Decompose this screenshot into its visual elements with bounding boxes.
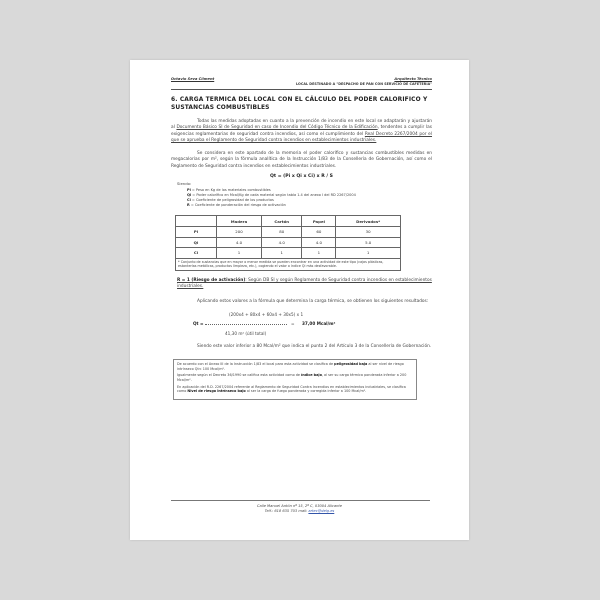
table-row: Pi 200 80 60 30: [176, 227, 401, 238]
calc-result: 37,00 Mcal/m²: [302, 321, 335, 326]
fraction-line: [205, 321, 287, 325]
paragraph-conclusion: Siendo este valor inferior a 80 Mcal/m² …: [171, 344, 432, 350]
table-cell: 1: [302, 248, 336, 259]
table-cell: 30: [336, 227, 401, 238]
row-label: Ci: [176, 248, 217, 259]
column-header: Madera: [217, 216, 262, 227]
table-row: Ci 1 1 1 1: [176, 248, 401, 259]
db-si-reference: Documento Básico SI de Seguridad en caso…: [176, 125, 377, 130]
paragraph-apply: Aplicando estos valores a la fórmula que…: [171, 299, 432, 305]
table-cell: 1: [262, 248, 302, 259]
header-role: Arquitecto Técnico: [394, 77, 432, 81]
table-row: Qi 4.0 4.0 4.0 5.0: [176, 237, 401, 248]
siendo-label: Siendo:: [177, 181, 432, 186]
classification-decreto: Igualmente según el Decreto 36/1990 se c…: [177, 373, 413, 382]
page-content: Octavio Seva Climent Arquitecto Técnico …: [171, 77, 432, 400]
footer-email-link[interactable]: artec@delg.es: [308, 509, 334, 513]
table-note-row: * Conjunto de sustancias que en mayor o …: [176, 258, 401, 270]
section-title: 6. CARGA TERMICA DEL LOCAL CON EL CÁLCUL…: [171, 96, 432, 112]
row-label: Qi: [176, 237, 217, 248]
calc-denominator: 41,30 m² (útil total): [225, 331, 266, 336]
activation-risk-label: R = 1 (Riesgo de activación): [177, 278, 245, 283]
table-cell: 1: [336, 248, 401, 259]
header-author: Octavio Seva Climent: [171, 77, 214, 81]
calculation: Qt = (200x4 + 80x4 + 60x4 + 30x5) x 1 = …: [171, 310, 432, 342]
footer-phone: Telf.: 618 635 703 mail:: [265, 509, 309, 513]
activation-risk-line: R = 1 (Riesgo de activación): Según DB S…: [177, 278, 432, 291]
header-subtitle: LOCAL DESTINADO A "DESPACHO DE PAN CON S…: [296, 82, 432, 86]
column-header: [176, 216, 217, 227]
definition-item: R = Coeficiente de ponderación del riesg…: [187, 203, 432, 208]
table-header-row: Madera Cartón Papel Derivados*: [176, 216, 401, 227]
row-label: Pi: [176, 227, 217, 238]
page-header: Octavio Seva Climent Arquitecto Técnico …: [171, 77, 432, 90]
paragraph-intro: Todas las medidas adoptadas en cuanto a …: [171, 119, 432, 144]
table-cell: 4.0: [217, 237, 262, 248]
column-header: Papel: [302, 216, 336, 227]
footer-contact: Telf.: 618 635 703 mail: artec@delg.es: [130, 509, 469, 513]
calc-label: Qt =: [193, 321, 204, 326]
calc-numerator: (200x4 + 80x4 + 60x4 + 30x5) x 1: [229, 312, 303, 317]
table-cell: 80: [262, 227, 302, 238]
table-cell: 200: [217, 227, 262, 238]
document-page: Octavio Seva Climent Arquitecto Técnico …: [130, 60, 469, 540]
materials-table: Madera Cartón Papel Derivados* Pi 200 80…: [175, 215, 401, 271]
table-cell: 60: [302, 227, 336, 238]
column-header: Derivados*: [336, 216, 401, 227]
definition-list: Pi = Peso en Kg de los materiales combus…: [187, 188, 432, 208]
footer-divider: [171, 500, 430, 501]
classification-instruccion: De acuerdo con el Anexo III de la Instru…: [177, 362, 413, 371]
column-header: Cartón: [262, 216, 302, 227]
table-cell: 5.0: [336, 237, 401, 248]
table-cell: 4.0: [262, 237, 302, 248]
table-cell: 1: [217, 248, 262, 259]
table-cell: 4.0: [302, 237, 336, 248]
formula: Qt = (Pi x Qi x Ci) x R / S: [171, 174, 432, 179]
footer-address: Calle Manuel Antón nº 15, 2º C, 03004 Al…: [130, 504, 469, 508]
paragraph-method: Se considera en este apartado de la memo…: [171, 151, 432, 170]
table-note: * Conjunto de sustancias que en mayor o …: [176, 258, 401, 270]
classification-rd: En aplicación del R.D. 2267/2004 referen…: [177, 385, 413, 394]
calc-equals: =: [291, 321, 295, 326]
classification-box: De acuerdo con el Anexo III de la Instru…: [173, 359, 417, 400]
